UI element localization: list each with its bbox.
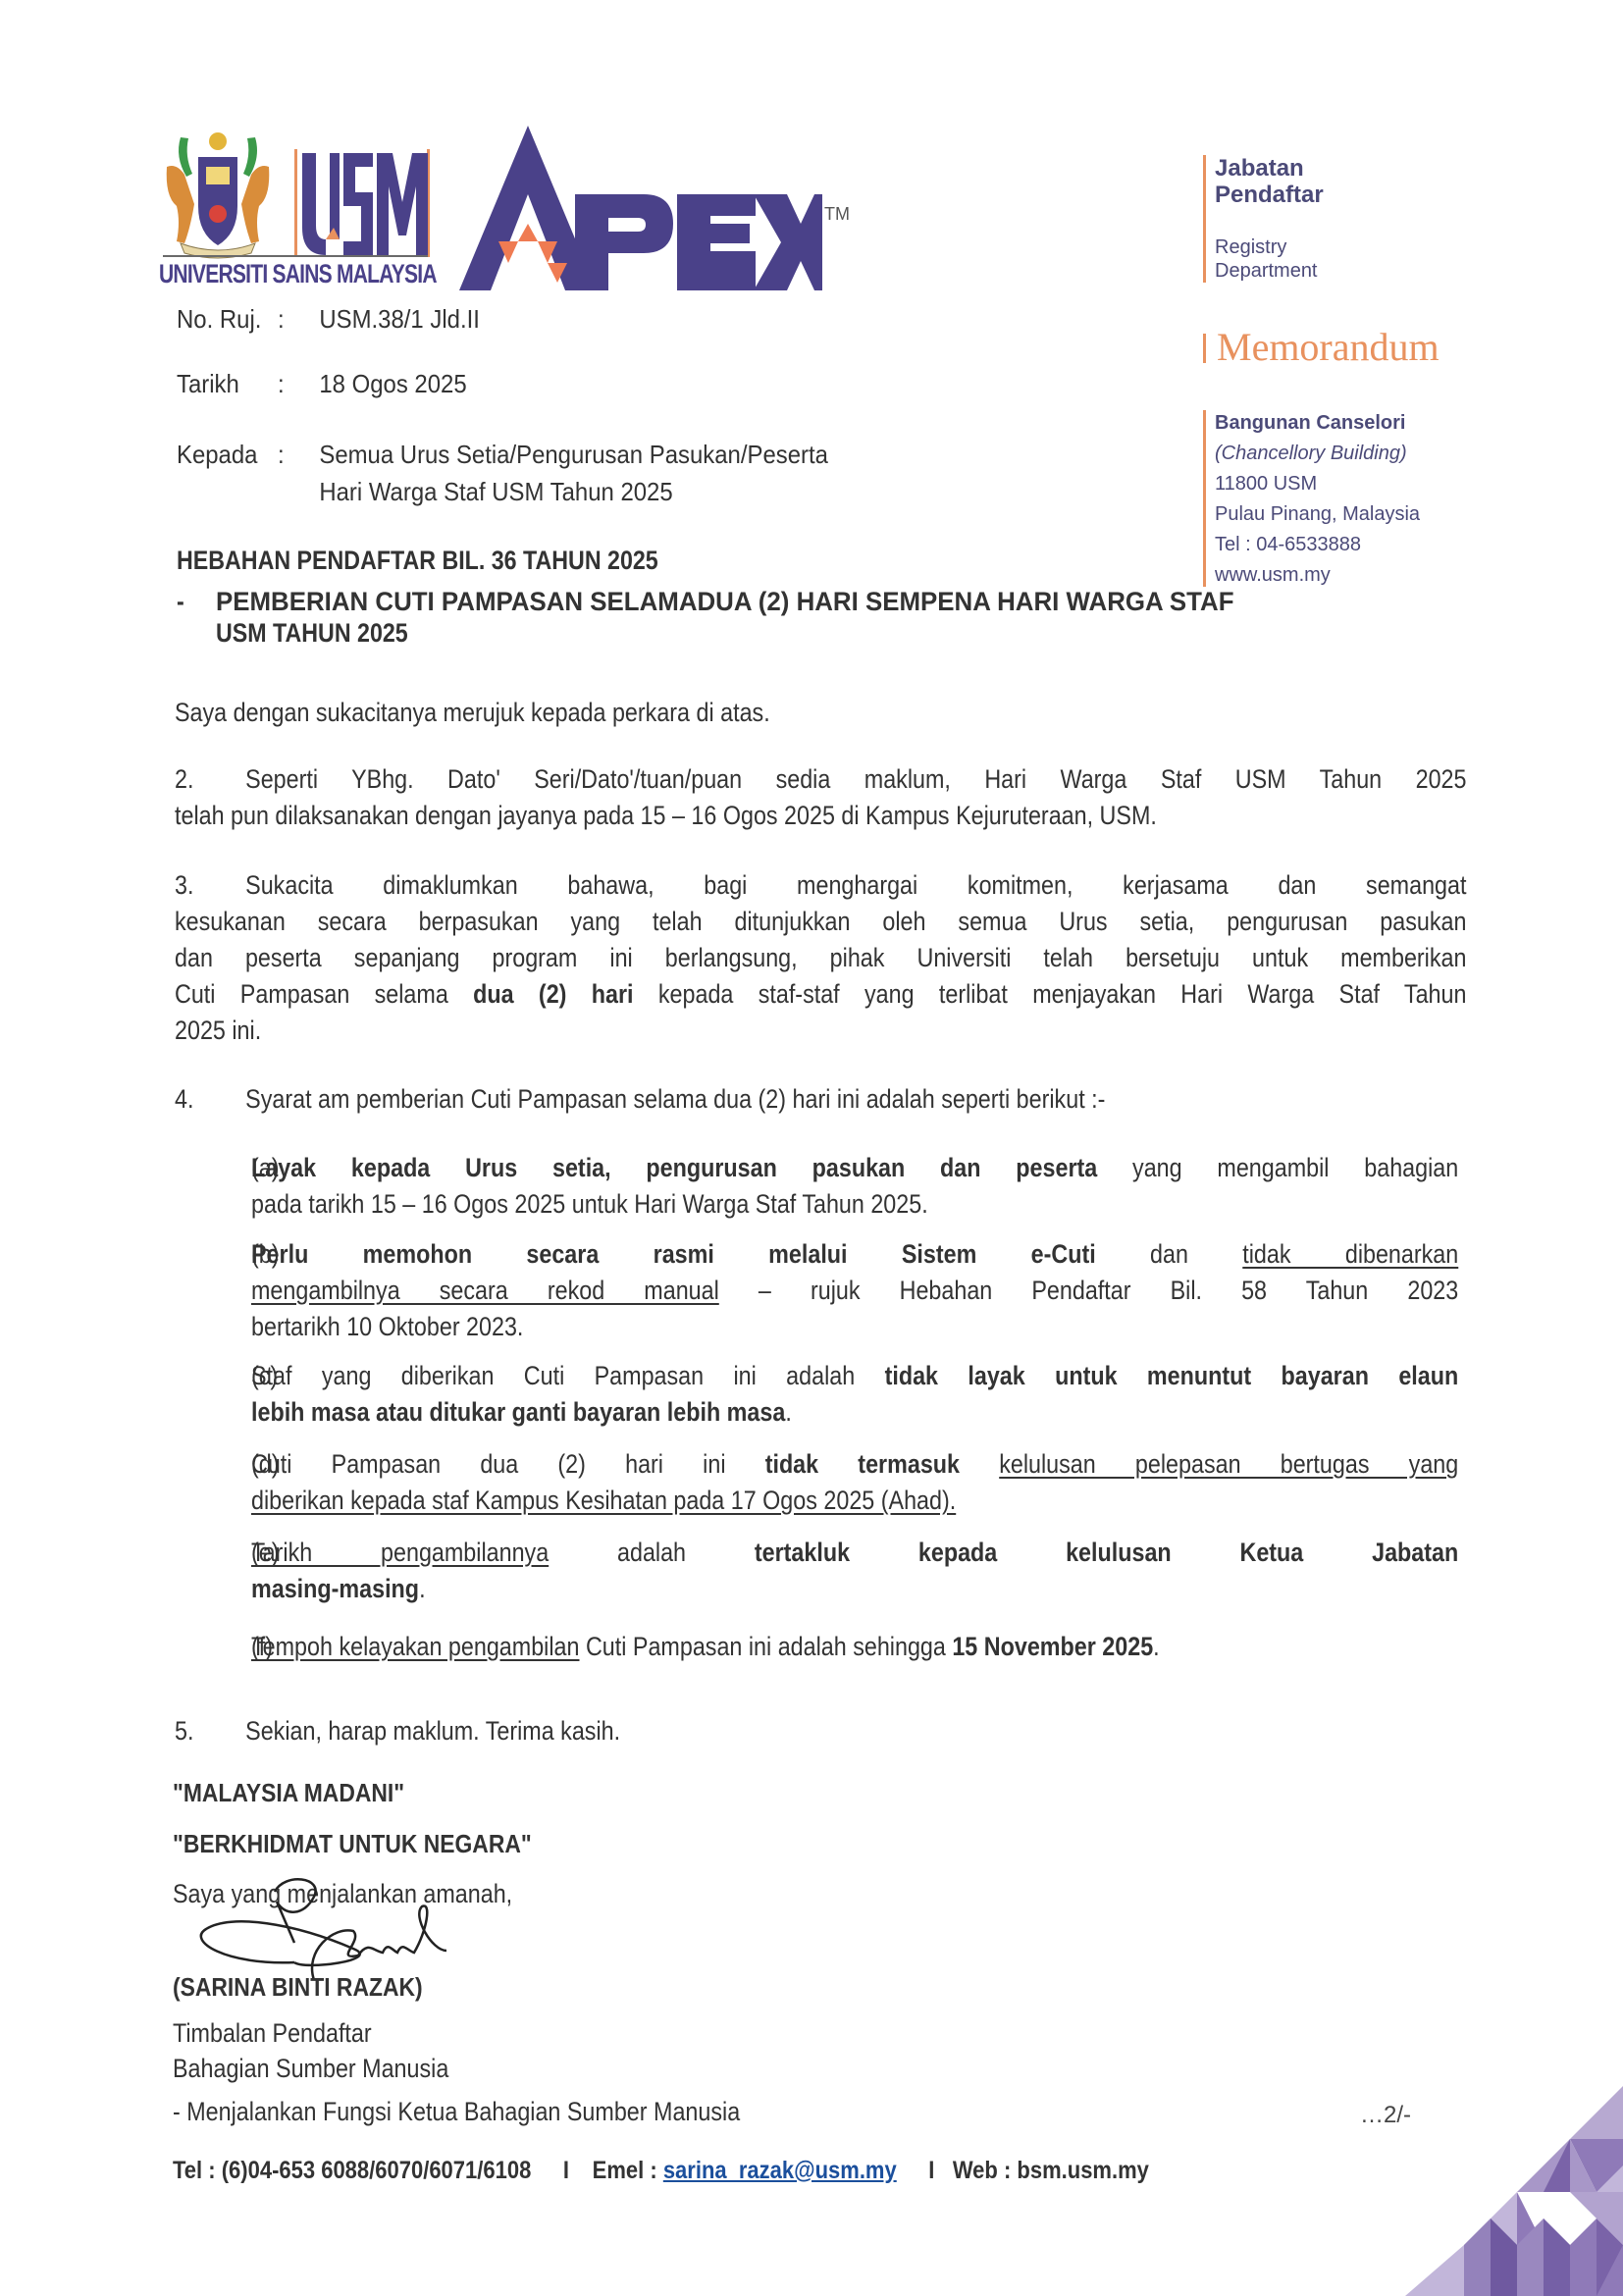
slogan-berkhidmat: "BERKHIDMAT UNTUK NEGARA": [173, 1829, 532, 1859]
subject-dash: -: [177, 587, 184, 617]
condition-item-f: (f) Tempoh kelayakan pengambilan Cuti Pa…: [251, 1629, 1458, 1665]
usm-crest-logo: [159, 128, 277, 261]
paragraph-5: 5.Sekian, harap maklum. Terima kasih.: [175, 1713, 620, 1749]
dept-accent-bar: [1203, 155, 1206, 283]
reference-number-row: No. Ruj.:USM.38/1 Jld.II: [177, 304, 480, 335]
date-value: 18 Ogos 2025: [319, 369, 466, 398]
subject-heading: HEBAHAN PENDAFTAR BIL. 36 TAHUN 2025: [177, 546, 658, 576]
footer-web: Web : bsm.usm.my: [953, 2157, 1149, 2184]
signatory-name: (SARINA BINTI RAZAK): [173, 1972, 423, 2003]
footer-tel: Tel : (6)04-653 6088/6070/6071/6108: [173, 2157, 531, 2184]
paragraph-4: 4.Syarat am pemberian Cuti Pampasan sela…: [175, 1081, 1105, 1118]
subject-title-line-2: USM TAHUN 2025: [216, 618, 408, 649]
address-block: Bangunan Canselori (Chancellory Building…: [1215, 408, 1420, 591]
paragraph-3: 3.Sukacita dimaklumkan bahawa, bagi meng…: [175, 867, 1466, 1049]
paragraph-2: 2.Seperti YBhg. Dato' Seri/Dato'/tuan/pu…: [175, 761, 1466, 834]
subject-title-line-1: PEMBERIAN CUTI PAMPASAN SELAMADUA (2) HA…: [216, 587, 1234, 617]
apex-logo: [459, 126, 822, 290]
condition-item-a: (a) Layak kepada Urus setia, pengurusan …: [251, 1150, 1458, 1223]
reference-number: USM.38/1 Jld.II: [319, 304, 480, 334]
university-name: UNIVERSITI SAINS MALAYSIA: [159, 259, 437, 289]
address-accent-bar: [1203, 410, 1206, 587]
footer-contact: Tel : (6)04-653 6088/6070/6071/6108 I Em…: [173, 2157, 1149, 2185]
signatory-title: Timbalan Pendaftar Bahagian Sumber Manus…: [173, 2015, 448, 2086]
usm-wordmark-logo: [294, 149, 430, 257]
slogan-malaysia-madani: "MALAYSIA MADANI": [173, 1778, 404, 1808]
date-row: Tarikh:18 Ogos 2025: [177, 369, 467, 399]
document-type: Memorandum: [1217, 324, 1440, 370]
condition-item-e: (e) Tarikh pengambilannya adalah tertakl…: [251, 1535, 1458, 1607]
footer-email-link[interactable]: sarina_razak@usm.my: [663, 2157, 897, 2184]
condition-item-d: (d) Cuti Pampasan dua (2) hari ini tidak…: [251, 1446, 1458, 1519]
department-subtitle: Registry Department: [1215, 235, 1318, 283]
next-page-indicator: …2/-: [1360, 2102, 1411, 2129]
signatory-function: - Menjalankan Fungsi Ketua Bahagian Sumb…: [173, 2094, 740, 2130]
logo-divider: [163, 255, 428, 257]
memo-accent-bar: [1203, 334, 1206, 363]
paragraph-1: Saya dengan sukacitanya merujuk kepada p…: [175, 695, 770, 731]
trademark-mark: TM: [824, 204, 850, 225]
recipient-line-1: Semua Urus Setia/Pengurusan Pasukan/Pese…: [319, 440, 828, 469]
recipient-row: Kepada:Semua Urus Setia/Pengurusan Pasuk…: [177, 436, 828, 510]
department-title: Jabatan Pendaftar: [1215, 155, 1324, 208]
condition-item-c: (c) Staf yang diberikan Cuti Pampasan in…: [251, 1358, 1458, 1431]
condition-item-b: (b) Perlu memohon secara rasmi melalui S…: [251, 1236, 1458, 1345]
decorative-triangle-pattern: [1405, 2086, 1623, 2296]
recipient-line-2: Hari Warga Staf USM Tahun 2025: [319, 477, 672, 506]
